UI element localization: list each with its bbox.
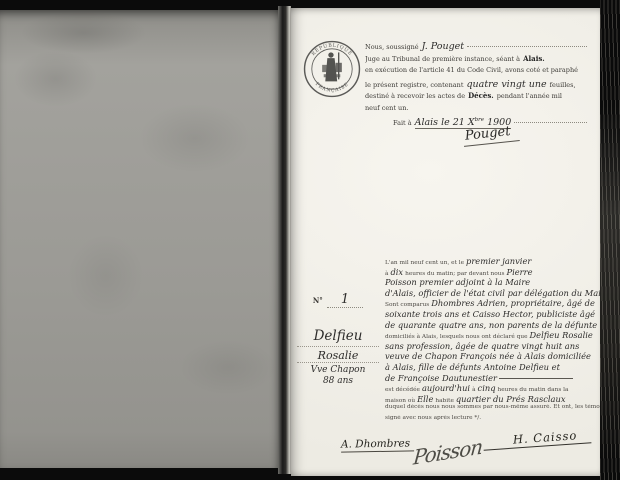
printed-town-name: Alais.: [523, 54, 545, 63]
printed-text: signé avec nous après lecture */.: [385, 415, 481, 421]
handwritten-superscript: bre: [475, 117, 484, 123]
act-line: d'Alais, officier de l'état civil par dé…: [385, 288, 600, 299]
blank-verso-page: [0, 10, 278, 468]
margin-deceased-firstname: Rosalie: [297, 350, 379, 363]
handwritten-sheet-count: quatre vingt une: [466, 79, 546, 90]
act-line: maison oùEllehabitequartier du Prés Rasc…: [385, 394, 600, 405]
act-line: de Françoise Dautunestier: [385, 373, 600, 384]
republique-francaise-seal-icon: RÉPUBLIQUE FRANÇAISE: [303, 40, 361, 98]
printed-text: heures du matin; par devant nous: [405, 271, 504, 277]
act-line: àdixheures du matin; par devant nousPier…: [385, 267, 600, 278]
act-line: veuve de Chapon François née à Alais dom…: [385, 351, 600, 362]
handwritten-text: d'Alais, officier de l'état civil par dé…: [385, 288, 600, 298]
handwritten-text: de Françoise Dautunestier: [385, 373, 497, 383]
printed-text: le présent registre, contenant: [365, 81, 463, 89]
margin-widow-line: Vve Chapon: [297, 366, 379, 375]
certification-block: Nous, soussigné J. Pouget Juge au Tribun…: [365, 41, 587, 129]
handwritten-text: aujourd'hui: [422, 383, 470, 393]
printed-text: L'an mil neuf cent un, et le: [385, 260, 464, 266]
printed-text: pendant l'année mil: [497, 92, 562, 100]
printed-text: feuilles,: [550, 81, 576, 89]
handwritten-text: dix: [390, 267, 403, 277]
handwritten-text: Delfieu Rosalie: [530, 330, 593, 340]
witness1-signature: A. Dhombres: [341, 437, 414, 452]
printed-text: à: [385, 271, 388, 277]
certification-line: en exécution de l'article 41 du Code Civ…: [365, 66, 587, 79]
printed-text: habite: [435, 398, 454, 404]
printed-text: est décédée: [385, 387, 420, 393]
printed-text: neuf cent un.: [365, 104, 408, 112]
handwritten-text: soixante trois ans et Caisso Hector, pub…: [385, 309, 595, 319]
dotted-rule: [514, 121, 587, 123]
book-gutter: [278, 6, 291, 474]
certification-line: Nous, soussigné J. Pouget: [365, 41, 587, 54]
act-line: Poisson premier adjoint à la Maire: [385, 277, 600, 288]
handwritten-text: à Alais, fille de défunts Antoine Delfie…: [385, 362, 560, 372]
seal-text-bottom: FRANÇAISE: [314, 81, 350, 94]
act-body: L'an mil neuf cent un, et lepremier janv…: [385, 256, 600, 426]
register-scan: RÉPUBLIQUE FRANÇAISE Nous, soussigné J. …: [0, 0, 620, 480]
printed-text: Fait à: [393, 119, 412, 127]
recto-page: RÉPUBLIQUE FRANÇAISE Nous, soussigné J. …: [291, 8, 600, 476]
handwritten-text: premier janvier: [466, 256, 531, 266]
printed-text: duquel décès nous nous sommes par nous-m…: [385, 404, 600, 410]
book-page-edges: [600, 0, 620, 480]
handwritten-text: veuve de Chapon François née à Alais dom…: [385, 351, 591, 361]
act-line: L'an mil neuf cent un, et lepremier janv…: [385, 256, 600, 267]
margin-deceased-age: 88 ans: [297, 377, 379, 386]
printed-acts-type: Décès.: [468, 91, 494, 100]
act-line: à Alais, fille de défunts Antoine Delfie…: [385, 362, 600, 373]
handwritten-text: Pierre: [507, 267, 533, 277]
act-line: domiciliés à Alais, lesquels nous ont dé…: [385, 330, 600, 341]
printed-text: heures du matin dans la: [498, 387, 569, 393]
handwritten-text: Poisson premier adjoint à la Maire: [385, 277, 530, 287]
margin-deceased-surname: Delfieu: [297, 330, 379, 347]
printed-text: Nous, soussigné: [365, 43, 419, 51]
act-line: de quarante quatre ans, non parents de l…: [385, 320, 600, 331]
handwritten-text: Elle: [417, 394, 433, 404]
ditto-dash: [499, 378, 573, 379]
act-line: est décédéeaujourd'huiàcinqheures du mat…: [385, 383, 600, 394]
printed-text: maison où: [385, 398, 415, 404]
act-line: signé avec nous après lecture */.: [385, 415, 600, 426]
dotted-rule: [467, 45, 587, 47]
handwritten-judge-name: J. Pouget: [422, 41, 464, 52]
printed-text: en exécution de l'article 41 du Code Civ…: [365, 66, 578, 74]
seal-marianne-figure: [322, 52, 342, 81]
act-number: N° 1: [297, 292, 379, 308]
handwritten-text: cinq: [478, 383, 496, 393]
act-line: soixante trois ans et Caisso Hector, pub…: [385, 309, 600, 320]
handwritten-text: Dhombres Adrien, propriétaire, âgé de: [431, 298, 595, 308]
officer-signature: Poisson: [412, 434, 483, 470]
act-line: duquel décès nous nous sommes par nous-m…: [385, 404, 600, 415]
act-line: Sont comparusDhombres Adrien, propriétai…: [385, 298, 600, 309]
printed-text: domiciliés à Alais, lesquels nous ont dé…: [385, 334, 528, 340]
printed-text: Juge au Tribunal de première instance, s…: [365, 55, 520, 63]
witness2-signature: H. Caisso: [483, 427, 592, 451]
handwritten-text: sans profession, âgée de quatre vingt hu…: [385, 341, 579, 351]
printed-text: Sont comparus: [385, 302, 429, 308]
handwritten-text: Alais le 21 X: [415, 117, 475, 128]
printed-text: à: [472, 387, 475, 393]
handwritten-text: quartier du Prés Rasclaux: [456, 394, 566, 404]
certification-line: le présent registre, contenant quatre vi…: [365, 79, 587, 92]
numero-label: N°: [313, 296, 323, 305]
certification-line: Juge au Tribunal de première instance, s…: [365, 54, 587, 67]
svg-text:FRANÇAISE: FRANÇAISE: [314, 81, 350, 94]
act-line: sans profession, âgée de quatre vingt hu…: [385, 341, 600, 352]
printed-text: destiné à recevoir les actes de: [365, 92, 465, 100]
margin-column: N° 1 Delfieu Rosalie Vve Chapon 88 ans: [297, 292, 379, 386]
numero-value: 1: [327, 292, 363, 308]
certification-line: neuf cent un.: [365, 104, 587, 117]
certification-line: destiné à recevoir les actes de Décès. p…: [365, 91, 587, 104]
handwritten-text: de quarante quatre ans, non parents de l…: [385, 320, 597, 330]
